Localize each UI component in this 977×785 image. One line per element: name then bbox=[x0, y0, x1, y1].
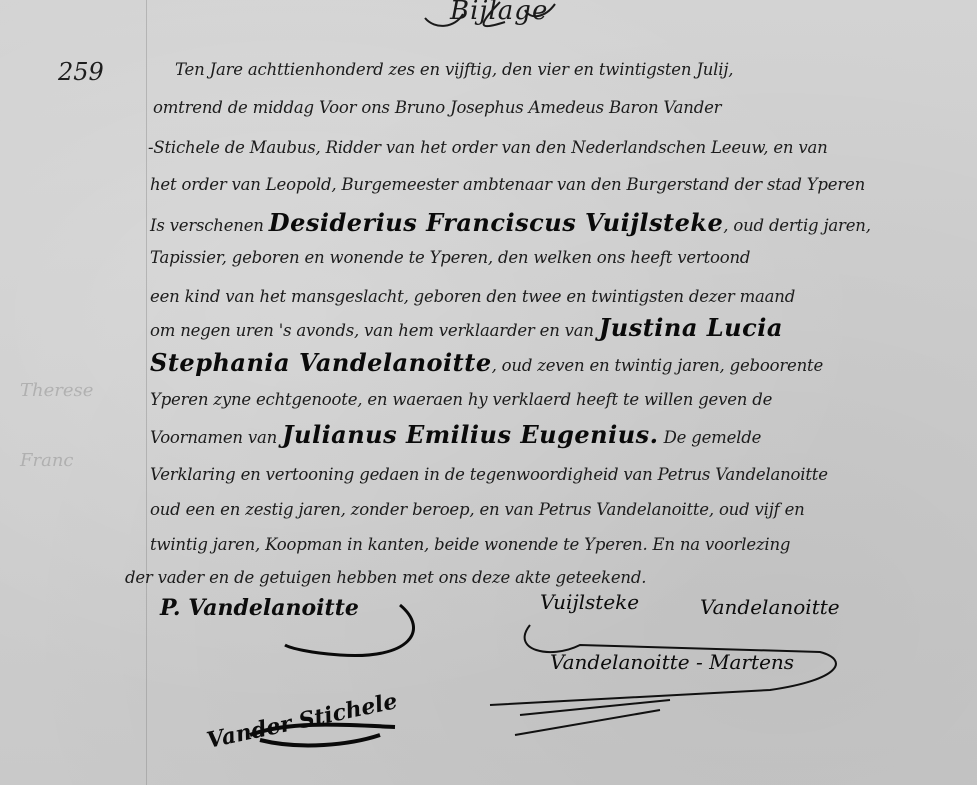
text-line: een kind van het mansgeslacht, geboren d… bbox=[150, 287, 795, 306]
line-suffix: , oud dertig jaren, bbox=[723, 216, 870, 235]
text-line: het order van Leopold, Burgemeester ambt… bbox=[150, 175, 865, 194]
text-line: Yperen zyne echtgenoote, en waeraen hy v… bbox=[150, 390, 772, 409]
margin-ghost-text: Franc bbox=[20, 450, 74, 471]
header-word: Bijlage bbox=[450, 0, 548, 26]
text-line: oud een en zestig jaren, zonder beroep, … bbox=[150, 500, 805, 519]
mother-name-part2: Stephania Vandelanoitte bbox=[150, 348, 492, 377]
entry-number: 259 bbox=[58, 58, 104, 86]
line-suffix: , oud zeven en twintig jaren, geboorente bbox=[492, 356, 823, 375]
text-line: Tapissier, geboren en wonende te Yperen,… bbox=[150, 248, 750, 267]
text-line: -Stichele de Maubus, Ridder van het orde… bbox=[148, 138, 828, 157]
mother-name-part1: Justina Lucia bbox=[599, 313, 783, 342]
signature-declarant: Vuijlsteke bbox=[540, 590, 639, 614]
margin-rule bbox=[146, 0, 147, 785]
text-line: Stephania Vandelanoitte, oud zeven en tw… bbox=[150, 348, 823, 377]
line-prefix: om negen uren 's avonds, van hem verklaa… bbox=[150, 321, 594, 340]
signature-witness-2: Vandelanoitte bbox=[700, 595, 840, 619]
text-line: Is verschenen Desiderius Franciscus Vuij… bbox=[150, 208, 871, 237]
text-line: Voornamen van Julianus Emilius Eugenius.… bbox=[150, 420, 761, 449]
text-line: om negen uren 's avonds, van hem verklaa… bbox=[150, 313, 783, 342]
line-prefix: Is verschenen bbox=[150, 216, 264, 235]
text-line: der vader en de getuigen hebben met ons … bbox=[125, 568, 646, 587]
father-name: Desiderius Franciscus Vuijlsteke bbox=[269, 208, 724, 237]
signature-flourish bbox=[230, 715, 410, 755]
child-name: Julianus Emilius Eugenius. bbox=[282, 420, 658, 449]
text-line: Ten Jare achttienhonderd zes en vijftig,… bbox=[175, 60, 733, 79]
signature-flourish bbox=[280, 600, 430, 680]
line-prefix: Voornamen van bbox=[150, 428, 277, 447]
line-suffix: De gemelde bbox=[664, 428, 762, 447]
register-page: Therese Franc Bijlage 259 Ten Jare achtt… bbox=[0, 0, 977, 785]
text-line: Verklaring en vertooning gedaen in de te… bbox=[150, 465, 828, 484]
text-line: omtrend de middag Voor ons Bruno Josephu… bbox=[153, 98, 721, 117]
signature-mother: Vandelanoitte - Martens bbox=[550, 650, 794, 674]
text-line: twintig jaren, Koopman in kanten, beide … bbox=[150, 535, 790, 554]
margin-ghost-text: Therese bbox=[20, 380, 93, 401]
signature-flourish bbox=[520, 620, 860, 730]
